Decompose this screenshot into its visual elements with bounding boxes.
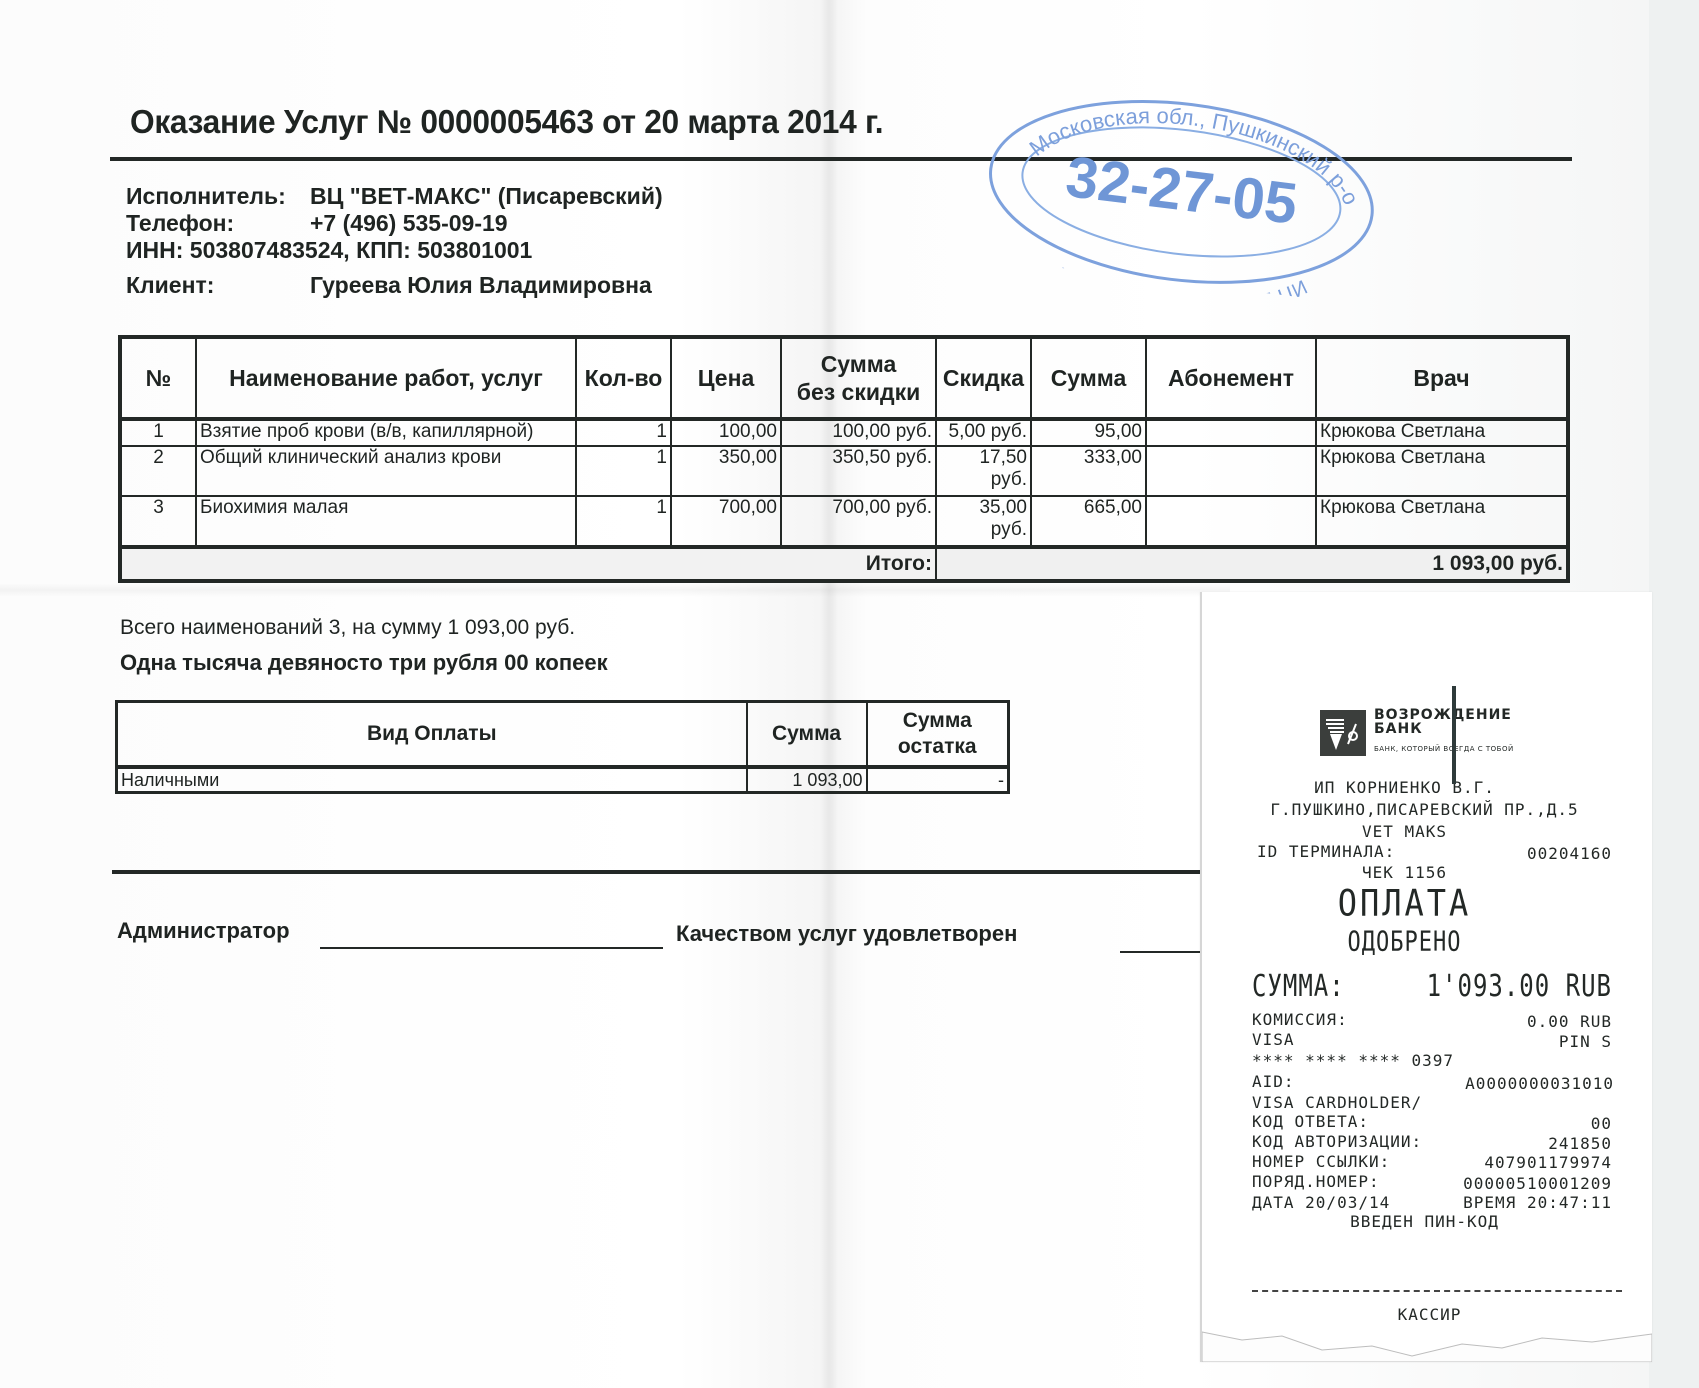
cell-subscription	[1146, 496, 1316, 547]
total-label: Итого:	[120, 547, 936, 581]
cell-doctor: Крюкова Светлана	[1316, 446, 1568, 496]
fee-label: КОМИССИЯ:	[1252, 1010, 1348, 1029]
pin-entered: ВВЕДЕН ПИН-КОД	[1222, 1212, 1627, 1231]
payment-table: Вид Оплаты Сумма Сумма остатка Наличными…	[115, 700, 1010, 794]
receipt-merchant: ИП КОРНИЕНКО В.Г.	[1202, 778, 1607, 797]
col-payment-type: Вид Оплаты	[117, 702, 747, 768]
receipt-time: ВРЕМЯ 20:47:11	[1463, 1193, 1612, 1212]
cell-name: Биохимия малая	[196, 496, 576, 547]
executor-label: Исполнитель:	[126, 183, 286, 210]
stamp-number: 32-27-05	[1062, 144, 1300, 237]
col-sum-no-discount-line1: Сумма	[785, 350, 932, 378]
bank-logo-icon	[1320, 710, 1366, 756]
amount-label: СУММА:	[1252, 969, 1345, 1004]
phone-value: +7 (496) 535-09-19	[310, 210, 508, 237]
col-qty: Кол-во	[576, 337, 671, 419]
cell-discount: 5,00 руб.	[936, 419, 1031, 446]
executor-value: ВЦ "ВЕТ-МАКС" (Писаревский)	[310, 183, 663, 210]
total-row: Итого: 1 093,00 руб.	[120, 547, 1568, 581]
payment-row: Наличными 1 093,00 -	[117, 767, 1009, 793]
document-title: Оказание Услуг № 0000005463 от 20 марта …	[130, 103, 883, 141]
staple	[1452, 686, 1456, 784]
phone-label: Телефон:	[126, 210, 234, 237]
phone-row: Телефон: +7 (496) 535-09-19	[126, 210, 234, 237]
col-num: №	[120, 337, 196, 419]
summary-count-line: Всего наименований 3, на сумму 1 093,00 …	[120, 616, 575, 640]
payment-header-row: Вид Оплаты Сумма Сумма остатка	[117, 702, 1009, 768]
cell-qty: 1	[576, 496, 671, 547]
cell-payment-type: Наличными	[117, 767, 747, 793]
terminal-label: ID ТЕРМИНАЛА:	[1257, 842, 1395, 861]
cashier-signature-line	[1252, 1290, 1622, 1292]
col-sum-no-discount-line2: без скидки	[785, 378, 932, 406]
cell-name: Общий клинический анализ крови	[196, 446, 576, 496]
paper-fold-horizontal	[0, 583, 1230, 597]
col-payment-remainder-line1: Сумма	[871, 708, 1005, 734]
cell-price: 350,00	[671, 446, 781, 496]
cell-discount: 17,50 руб.	[936, 446, 1031, 496]
cell-sum-no-discount: 350,50 руб.	[781, 446, 936, 496]
col-price: Цена	[671, 337, 781, 419]
col-doctor: Врач	[1316, 337, 1568, 419]
col-name: Наименование работ, услуг	[196, 337, 576, 419]
scan-edge	[1649, 0, 1699, 1388]
total-value: 1 093,00 руб.	[936, 547, 1568, 581]
client-value: Гуреева Юлия Владимировна	[310, 272, 652, 299]
cell-discount: 35,00 руб.	[936, 496, 1031, 547]
receipt-operation: ОПЛАТА	[1202, 881, 1607, 925]
cell-payment-sum: 1 093,00	[747, 767, 867, 793]
services-table: № Наименование работ, услуг Кол-во Цена …	[118, 335, 1570, 583]
card-number: **** **** **** 0397	[1252, 1051, 1454, 1070]
receipt-status: ОДОБРЕНО	[1202, 927, 1607, 958]
bank-slogan: БАНК, КОТОРЫЙ ВСЕГДА С ТОБОЙ	[1374, 745, 1514, 753]
receipt-store: VET MAKS	[1202, 822, 1607, 841]
executor-row: Исполнитель: ВЦ "ВЕТ-МАКС" (Писаревский)	[126, 183, 286, 210]
services-header-row: № Наименование работ, услуг Кол-во Цена …	[120, 337, 1568, 419]
cell-sum: 665,00	[1031, 496, 1146, 547]
cell-num: 3	[120, 496, 196, 547]
amount-value: 1'093.00 RUB	[1427, 969, 1612, 1004]
inn-kpp: ИНН: 503807483524, КПП: 503801001	[126, 237, 532, 264]
cell-payment-remainder: -	[867, 767, 1009, 793]
cell-sum: 95,00	[1031, 419, 1146, 446]
cell-name: Взятие проб крови (в/в, капиллярной)	[196, 419, 576, 446]
terminal-value: 00204160	[1527, 844, 1612, 863]
col-payment-sum: Сумма	[747, 702, 867, 768]
card-payment-receipt: ВОЗРОЖДЕНИЕ БАНК БАНК, КОТОРЫЙ ВСЕГДА С …	[1200, 592, 1652, 1362]
quality-signature-label: Качеством услуг удовлетворен	[676, 921, 1017, 947]
client-label: Клиент:	[126, 272, 214, 299]
signature-divider	[112, 870, 1202, 874]
table-row: 2 Общий клинический анализ крови 1 350,0…	[120, 446, 1568, 496]
cell-sum: 333,00	[1031, 446, 1146, 496]
fee-value: 0.00 RUB	[1527, 1012, 1612, 1031]
pin-flag: PIN S	[1559, 1032, 1612, 1051]
aid-label: AID:	[1252, 1072, 1295, 1091]
auth-value: 241850	[1548, 1134, 1612, 1153]
response-value: 00	[1591, 1114, 1612, 1133]
client-row: Клиент: Гуреева Юлия Владимировна	[126, 272, 214, 299]
receipt-check-number: ЧЕК 1156	[1202, 863, 1607, 882]
col-sum-no-discount: Сумма без скидки	[781, 337, 936, 419]
cell-subscription	[1146, 419, 1316, 446]
torn-edge	[1202, 1322, 1652, 1362]
admin-signature-label: Администратор	[117, 918, 290, 944]
receipt-date: ДАТА 20/03/14	[1252, 1193, 1390, 1212]
cell-doctor: Крюкова Светлана	[1316, 496, 1568, 547]
receipt-address: Г.ПУШКИНО,ПИСАРЕВСКИЙ ПР.,Д.5	[1222, 800, 1627, 819]
response-label: КОД ОТВЕТА:	[1252, 1112, 1369, 1131]
admin-signature-line	[320, 947, 663, 949]
cell-sum-no-discount: 700,00 руб.	[781, 496, 936, 547]
col-subscription: Абонемент	[1146, 337, 1316, 419]
col-payment-remainder-line2: остатка	[871, 734, 1005, 760]
cell-qty: 1	[576, 419, 671, 446]
cardholder: VISA CARDHOLDER/	[1252, 1093, 1422, 1112]
col-sum: Сумма	[1031, 337, 1146, 419]
cell-subscription	[1146, 446, 1316, 496]
aid-value: A0000000031010	[1465, 1074, 1614, 1093]
ref-value: 407901179974	[1484, 1153, 1612, 1172]
cell-price: 700,00	[671, 496, 781, 547]
col-discount: Скидка	[936, 337, 1031, 419]
table-row: 3 Биохимия малая 1 700,00 700,00 руб. 35…	[120, 496, 1568, 547]
paper-fold-vertical	[820, 0, 838, 1388]
table-row: 1 Взятие проб крови (в/в, капиллярной) 1…	[120, 419, 1568, 446]
seq-label: ПОРЯД.НОМЕР:	[1252, 1172, 1380, 1191]
auth-label: КОД АВТОРИЗАЦИИ:	[1252, 1132, 1422, 1151]
card-type: VISA	[1252, 1030, 1295, 1049]
cell-num: 1	[120, 419, 196, 446]
cell-doctor: Крюкова Светлана	[1316, 419, 1568, 446]
summary-words-line: Одна тысяча девяносто три рубля 00 копее…	[120, 650, 608, 676]
cell-sum-no-discount: 100,00 руб.	[781, 419, 936, 446]
ref-label: НОМЕР ССЫЛКИ:	[1252, 1152, 1390, 1171]
bank-name-line2: БАНК	[1374, 721, 1423, 737]
cell-price: 100,00	[671, 419, 781, 446]
cell-qty: 1	[576, 446, 671, 496]
cell-num: 2	[120, 446, 196, 496]
quality-signature-line	[1120, 951, 1210, 953]
col-payment-remainder: Сумма остатка	[867, 702, 1009, 768]
seq-value: 00000510001209	[1463, 1174, 1612, 1193]
